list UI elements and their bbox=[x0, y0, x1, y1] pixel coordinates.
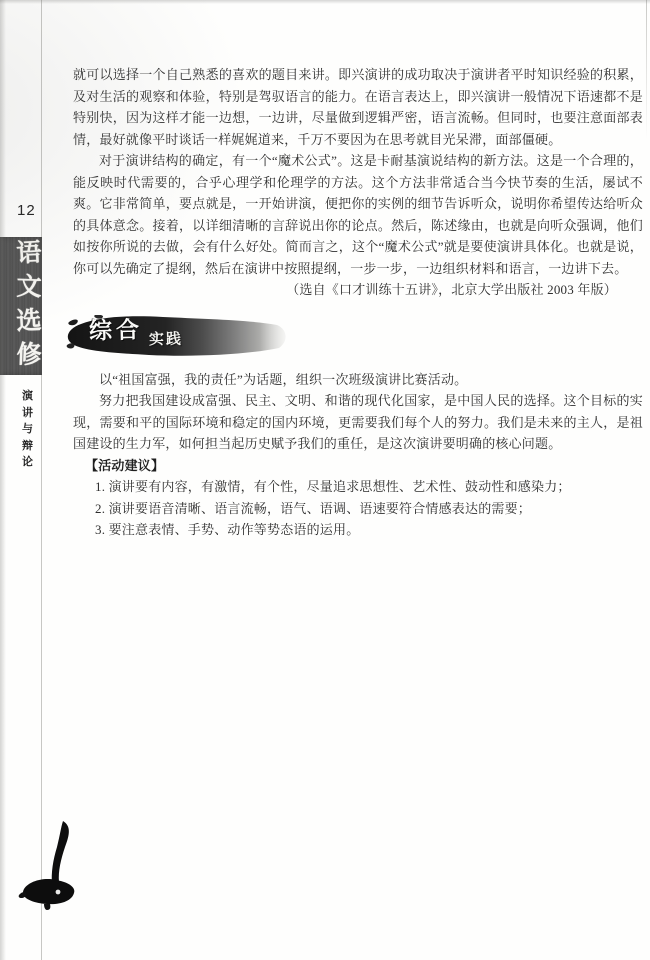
spine-divider-line bbox=[41, 0, 42, 960]
textbook-scan-page: { "sidebar": { "page_number": "12", "spi… bbox=[0, 0, 650, 960]
series-title-char: 与 bbox=[19, 421, 36, 438]
body-paragraph-continuation: 就可以选择一个自己熟悉的喜欢的题目来讲。即兴演讲的成功取决于演讲者平时知识经验的… bbox=[73, 64, 643, 150]
page-right-edge-line bbox=[646, 0, 647, 140]
spine-title-char: 语 bbox=[10, 236, 48, 272]
main-text-column: 就可以选择一个自己熟悉的喜欢的题目来讲。即兴演讲的成功取决于演讲者平时知识经验的… bbox=[73, 64, 643, 541]
banner-title-sub: 实践 bbox=[149, 329, 183, 351]
suggestion-item: 1. 演讲要有内容，有激情，有个性，尽量追求思想性、艺术性、鼓动性和感染力； bbox=[95, 476, 643, 498]
practice-detail-paragraph: 努力把我国建设成富强、民主、文明、和谐的现代化国家，是中国人民的选择。这个目标的… bbox=[73, 390, 643, 455]
page-number: 12 bbox=[17, 202, 36, 219]
spine-title-vertical: 语 文 选 修 bbox=[11, 237, 47, 373]
series-title-char: 演 bbox=[19, 388, 36, 405]
suggestion-item: 3. 要注意表情、手势、动作等势态语的运用。 bbox=[95, 519, 643, 541]
series-title-vertical: 演 讲 与 辩 论 bbox=[19, 388, 36, 471]
body-paragraph-magic-formula: 对于演讲结构的确定，有一个“魔术公式”。这是卡耐基演说结构的新方法。这是一个合理… bbox=[73, 150, 643, 279]
spine-title-char: 选 bbox=[10, 304, 48, 340]
series-title-char: 论 bbox=[19, 454, 36, 471]
suggestion-item: 2. 演讲要语音清晰、语言流畅，语气、语调、语速要符合情感表达的需要； bbox=[95, 498, 643, 520]
section-banner-comprehensive-practice: 综合 实践 bbox=[65, 315, 295, 357]
source-citation: （选自《口才训练十五讲》，北京大学出版社 2003 年版） bbox=[73, 279, 643, 301]
ink-blot-icon bbox=[16, 818, 82, 915]
spine-title-char: 修 bbox=[10, 338, 47, 373]
series-title-char: 讲 bbox=[19, 405, 36, 422]
spine-title-char: 文 bbox=[10, 270, 47, 305]
series-title-char: 辩 bbox=[19, 438, 36, 455]
activity-suggestions-heading: 【活动建议】 bbox=[73, 455, 643, 477]
banner-title-main: 综合 bbox=[89, 319, 144, 342]
activity-suggestions-list: 1. 演讲要有内容，有激情，有个性，尽量追求思想性、艺术性、鼓动性和感染力； 2… bbox=[73, 476, 643, 541]
practice-intro-paragraph: 以“祖国富强，我的责任”为话题，组织一次班级演讲比赛活动。 bbox=[73, 369, 643, 391]
